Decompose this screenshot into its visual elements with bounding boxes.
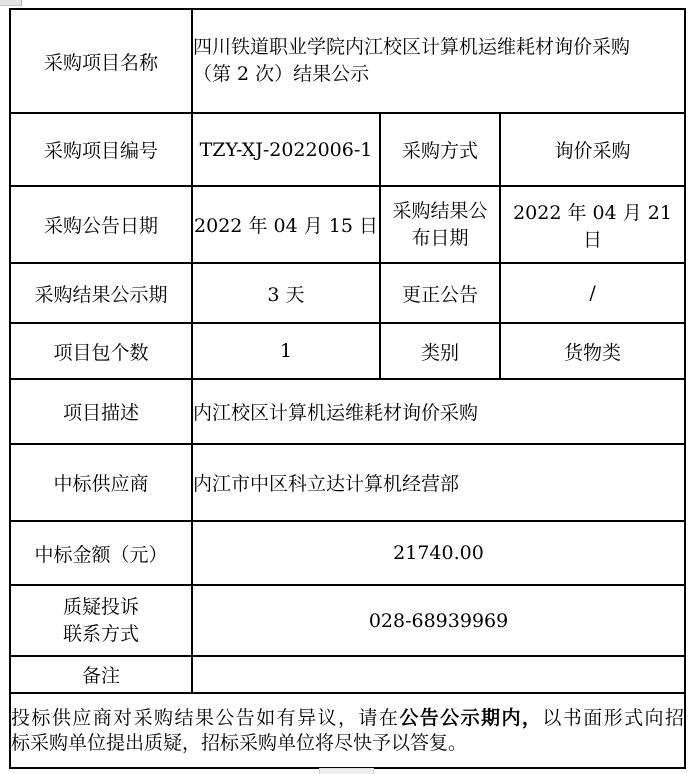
row-complaint-contact: 质疑投诉 联系方式 028-68939969 xyxy=(10,585,685,656)
label-remarks: 备注 xyxy=(10,656,192,693)
value-complaint-contact: 028-68939969 xyxy=(192,585,685,656)
row-publicity-period: 采购结果公示期 3 天 更正公告 / xyxy=(10,263,685,323)
value-correction-notice: / xyxy=(500,263,685,323)
label-complaint-contact: 质疑投诉 联系方式 xyxy=(10,585,192,656)
label-result-publish-date-line2: 布日期 xyxy=(381,225,499,252)
label-winning-supplier: 中标供应商 xyxy=(10,444,192,521)
objection-note-line1-pre: 投标供应商对采购结果公告如有异议，请在 xyxy=(11,707,399,729)
label-complaint-contact-line1: 质疑投诉 xyxy=(11,594,191,621)
row-objection-note: 投标供应商对采购结果公告如有异议，请在公告公示期内，以书面形式向招 标采购单位提… xyxy=(10,693,685,768)
label-complaint-contact-line2: 联系方式 xyxy=(11,621,191,648)
row-project-number: 采购项目编号 TZY-XJ-2022006-1 采购方式 询价采购 xyxy=(10,113,685,186)
label-winning-amount: 中标金额（元） xyxy=(10,521,192,585)
row-announce-date: 采购公告日期 2022 年 04 月 15 日 采购结果公 布日期 2022 年… xyxy=(10,186,685,263)
label-category: 类别 xyxy=(380,323,500,379)
value-announce-date: 2022 年 04 月 15 日 xyxy=(192,186,380,263)
label-correction-notice: 更正公告 xyxy=(380,263,500,323)
procurement-result-table: 采购项目名称 四川铁道职业学院内江校区计算机运维耗材询价采购 （第 2 次）结果… xyxy=(9,8,686,769)
value-result-publish-date: 2022 年 04 月 21 日 xyxy=(500,186,685,263)
corner-ui-fragment xyxy=(0,0,22,6)
objection-note-line2: 标采购单位提出质疑，招标采购单位将尽快予以答复。 xyxy=(11,731,684,756)
row-description: 项目描述 内江校区计算机运维耗材询价采购 xyxy=(10,379,685,444)
value-category: 货物类 xyxy=(500,323,685,379)
row-winning-supplier: 中标供应商 内江市中区科立达计算机经营部 xyxy=(10,444,685,521)
page: 采购项目名称 四川铁道职业学院内江校区计算机运维耗材询价采购 （第 2 次）结果… xyxy=(0,0,689,774)
horizontal-scrollbar-thumb[interactable] xyxy=(319,768,374,774)
row-winning-amount: 中标金额（元） 21740.00 xyxy=(10,521,685,585)
value-package-count: 1 xyxy=(192,323,380,379)
objection-note-line1-post: 以书面形式向招 xyxy=(542,707,684,729)
label-result-publish-date-line1: 采购结果公 xyxy=(381,198,499,225)
value-remarks xyxy=(192,656,685,693)
value-project-name: 四川铁道职业学院内江校区计算机运维耗材询价采购 （第 2 次）结果公示 xyxy=(192,9,685,113)
value-winning-supplier: 内江市中区科立达计算机经营部 xyxy=(192,444,685,521)
row-package-count: 项目包个数 1 类别 货物类 xyxy=(10,323,685,379)
value-procurement-method: 询价采购 xyxy=(500,113,685,186)
label-procurement-method: 采购方式 xyxy=(380,113,500,186)
value-project-name-line2: （第 2 次）结果公示 xyxy=(193,61,684,88)
row-project-name: 采购项目名称 四川铁道职业学院内江校区计算机运维耗材询价采购 （第 2 次）结果… xyxy=(10,9,685,113)
row-remarks: 备注 xyxy=(10,656,685,693)
label-publicity-period: 采购结果公示期 xyxy=(10,263,192,323)
label-project-number: 采购项目编号 xyxy=(10,113,192,186)
value-winning-amount: 21740.00 xyxy=(192,521,685,585)
value-project-number: TZY-XJ-2022006-1 xyxy=(192,113,380,186)
objection-note-line1: 投标供应商对采购结果公告如有异议，请在公告公示期内，以书面形式向招 xyxy=(11,706,684,731)
value-publicity-period: 3 天 xyxy=(192,263,380,323)
objection-note-bold: 公告公示期内， xyxy=(399,707,542,729)
value-description: 内江校区计算机运维耗材询价采购 xyxy=(192,379,685,444)
objection-note: 投标供应商对采购结果公告如有异议，请在公告公示期内，以书面形式向招 标采购单位提… xyxy=(10,693,685,768)
label-announce-date: 采购公告日期 xyxy=(10,186,192,263)
label-project-name: 采购项目名称 xyxy=(10,9,192,113)
value-project-name-line1: 四川铁道职业学院内江校区计算机运维耗材询价采购 xyxy=(193,34,684,61)
label-package-count: 项目包个数 xyxy=(10,323,192,379)
label-result-publish-date: 采购结果公 布日期 xyxy=(380,186,500,263)
label-description: 项目描述 xyxy=(10,379,192,444)
